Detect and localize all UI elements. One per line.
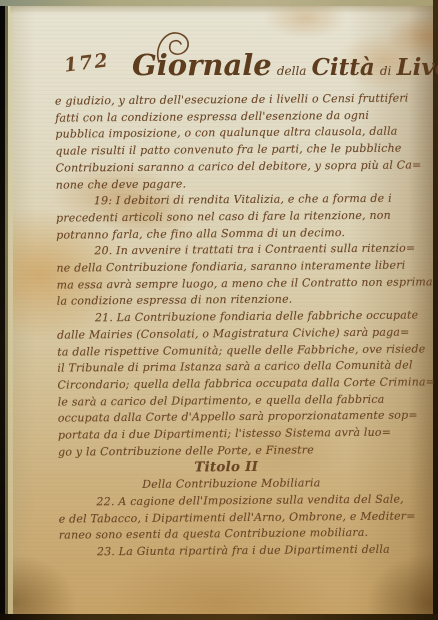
manuscript-line: e del Tabacco, i Dipartimenti dell'Arno,…	[59, 508, 425, 528]
manuscript-photo: 172 Giornale della Città di Livorno e gi…	[0, 0, 438, 620]
page-edge-highlight	[8, 4, 13, 618]
title-word: Livorno	[396, 54, 438, 81]
manuscript-body: e giudizio, y altro dell'esecuzione de i…	[55, 90, 425, 561]
manuscript-line-article-23: 23. La Giunta ripartirà fra i due Dipart…	[59, 541, 425, 561]
title-word: Città	[312, 54, 375, 81]
right-page-edge	[433, 0, 438, 620]
title-word: della	[277, 64, 307, 78]
top-shadow-band	[10, 6, 434, 14]
page-title: Giornale della Città di Livorno	[132, 48, 432, 82]
manuscript-line: portata da i due Dipartimenti; l'istesso…	[58, 424, 424, 444]
title-word: Giornale	[132, 48, 272, 82]
title-word: di	[380, 64, 392, 78]
manuscript-line: precedenti articoli sono nel caso di far…	[56, 207, 422, 227]
manuscript-line: Contribuzioni saranno a carico del debit…	[56, 157, 422, 177]
bottom-page-edge	[0, 614, 438, 620]
